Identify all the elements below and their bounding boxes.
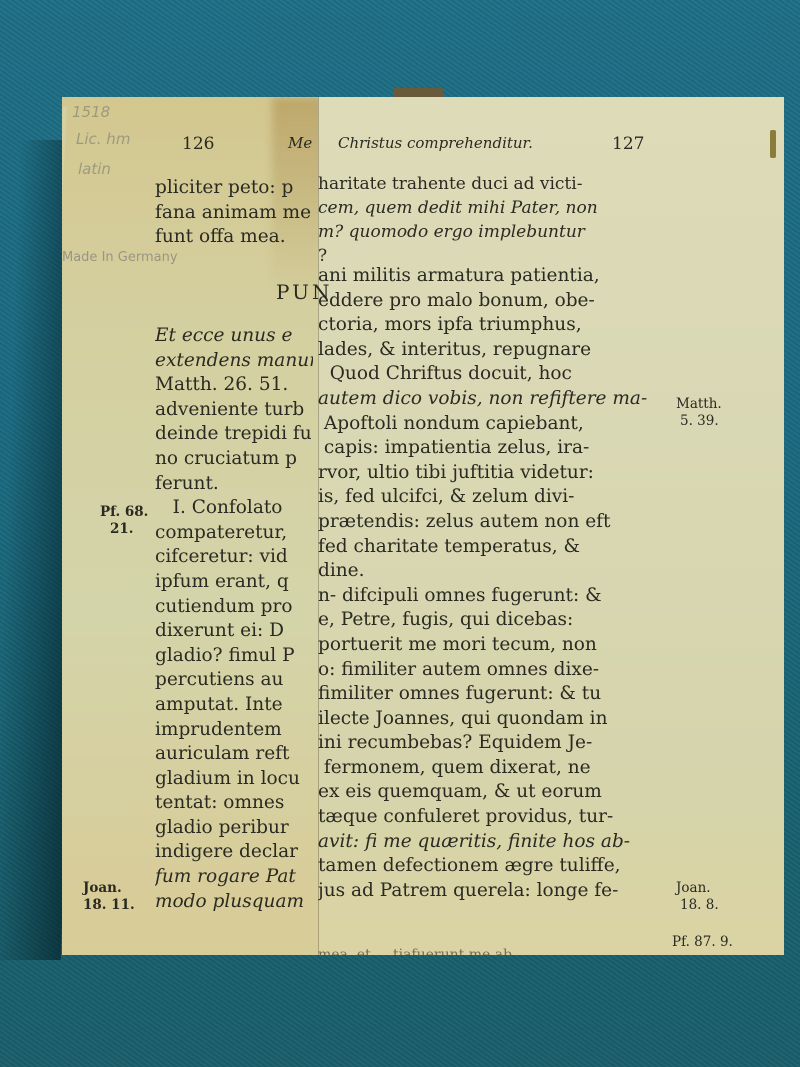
margin-ref-joan-18-8: Joan. 18. 8. <box>676 880 719 914</box>
text-line: I. Confolato <box>155 496 313 521</box>
text-line: ex eis quemquam, & ut eorum <box>318 780 678 805</box>
text-line: eddere pro malo bonum, obe- <box>318 289 678 314</box>
text-line: prætendis: zelus autem non eft <box>318 510 678 535</box>
text-line: capis: impatientia zelus, ira- <box>318 436 678 461</box>
left-main-lines: Et ecce unus e extendens manum Matth. 26… <box>155 324 313 914</box>
text-line: indigere declar <box>155 840 313 865</box>
margin-ref-psalm-68: Pf. 68. 21. <box>100 504 148 538</box>
text-line: ctoria, mors ipfa triumphus, <box>318 313 678 338</box>
text-line: amputat. Inte <box>155 693 313 718</box>
left-top-lines: pliciter peto: p fana animam me funt off… <box>155 176 313 250</box>
text-line: Matth. 26. 51. <box>155 373 313 398</box>
text-line: deinde trepidi fu <box>155 422 313 447</box>
margin-ref-line: Pf. 68. <box>100 504 148 521</box>
margin-ref-matth-5-39: Matth. 5. 39. <box>676 396 722 430</box>
text-line: fimiliter omnes fugerunt: & tu <box>318 682 678 707</box>
text-line: is, fed ulcifci, & zelum divi- <box>318 485 678 510</box>
pencil-note-3: latin <box>78 160 111 178</box>
text-line: tæque confuleret providus, tur- <box>318 805 678 830</box>
text-line: ini recumbebas? Equidem Je- <box>318 731 678 756</box>
margin-ref-joan-18-11: Joan. 18. 11. <box>83 880 135 914</box>
text-line: dixerunt ei: D <box>155 619 313 644</box>
margin-ref-line: Pf. 87. 9. <box>672 934 733 951</box>
text-line: Apoftoli nondum capiebant, <box>318 412 678 437</box>
text-line: haritate trahente duci ad victi- <box>318 172 678 196</box>
text-line: extendens manum <box>155 349 313 374</box>
mount-tab <box>770 130 776 158</box>
margin-ref-line: 5. 39. <box>676 413 722 430</box>
text-line: tentat: omnes <box>155 791 313 816</box>
text-line: percutiens au <box>155 668 313 693</box>
pencil-note-2: Lic. hm <box>76 130 130 148</box>
margin-ref-line: 18. 11. <box>83 897 135 914</box>
text-line: fermonem, quem dixerat, ne <box>318 756 678 781</box>
text-line: gladio? fimul P <box>155 644 313 669</box>
text-line: fed charitate temperatus, & <box>318 535 678 560</box>
text-line: ferunt. <box>155 472 313 497</box>
cut-bottom-line: mea, et ... tiafuerunt me ab... <box>318 947 525 955</box>
made-in-germany-stamp: Made In Germany <box>62 250 178 265</box>
text-line: Quod Chriftus docuit, hoc <box>318 362 678 387</box>
text-line: auriculam reft <box>155 742 313 767</box>
right-page-number: 127 <box>612 134 644 154</box>
text-line: jus ad Patrem querela: longe fe- <box>318 879 678 904</box>
text-line: tamen defectionem ægre tuliffe, <box>318 854 678 879</box>
text-line: ipfum erant, q <box>155 570 313 595</box>
margin-ref-line: Joan. <box>676 880 719 897</box>
text-line: e, Petre, fugis, qui dicebas: <box>318 608 678 633</box>
margin-ref-line: 21. <box>100 521 148 538</box>
text-line: cutiendum pro <box>155 595 313 620</box>
text-line: cem, quem dedit mihi Pater, non <box>318 196 678 220</box>
text-line: gladium in locu <box>155 767 313 792</box>
left-running-head-fragment: Me <box>288 134 312 152</box>
text-line: autem dico vobis, non refiftere ma- <box>318 387 678 412</box>
margin-ref-line: Matth. <box>676 396 722 413</box>
text-line: no cruciatum p <box>155 447 313 472</box>
right-top-lines: haritate trahente duci ad victi- cem, qu… <box>318 172 678 268</box>
text-line: cifceretur: vid <box>155 545 313 570</box>
text-line: compateretur, <box>155 521 313 546</box>
text-line: funt offa mea. <box>155 225 313 250</box>
right-main-lines: ani militis armatura patientia, eddere p… <box>318 264 678 903</box>
margin-ref-line: 18. 8. <box>676 897 719 914</box>
left-page-number: 126 <box>182 134 214 154</box>
pencil-note-1: 1518 <box>72 103 110 121</box>
margin-ref-line: Joan. <box>83 880 135 897</box>
text-line: fum rogare Pat <box>155 865 313 890</box>
text-line: ani militis armatura patientia, <box>318 264 678 289</box>
text-line: avit: fi me quæritis, finite hos ab- <box>318 830 678 855</box>
text-line: n- difcipuli omnes fugerunt: & <box>318 584 678 609</box>
text-line: ilecte Joannes, qui quondam in <box>318 707 678 732</box>
text-line: portuerit me mori tecum, non <box>318 633 678 658</box>
text-line: adveniente turb <box>155 398 313 423</box>
text-line: modo plusquam <box>155 890 313 915</box>
text-line: lades, & interitus, repugnare <box>318 338 678 363</box>
text-line: Et ecce unus e <box>155 324 313 349</box>
text-line: fana animam me <box>155 201 313 226</box>
text-line: m? quomodo ergo implebuntur <box>318 220 678 244</box>
text-line: imprudentem <box>155 718 313 743</box>
margin-ref-psalm-87-9: Pf. 87. 9. <box>672 934 733 951</box>
text-line: rvor, ultio tibi juftitia videtur: <box>318 461 678 486</box>
text-line: o: fimiliter autem omnes dixe- <box>318 658 678 683</box>
text-line: pliciter peto: p <box>155 176 313 201</box>
text-line: dine. <box>318 559 678 584</box>
text-line: gladio peribur <box>155 816 313 841</box>
right-running-head: Christus comprehenditur. <box>338 134 533 152</box>
